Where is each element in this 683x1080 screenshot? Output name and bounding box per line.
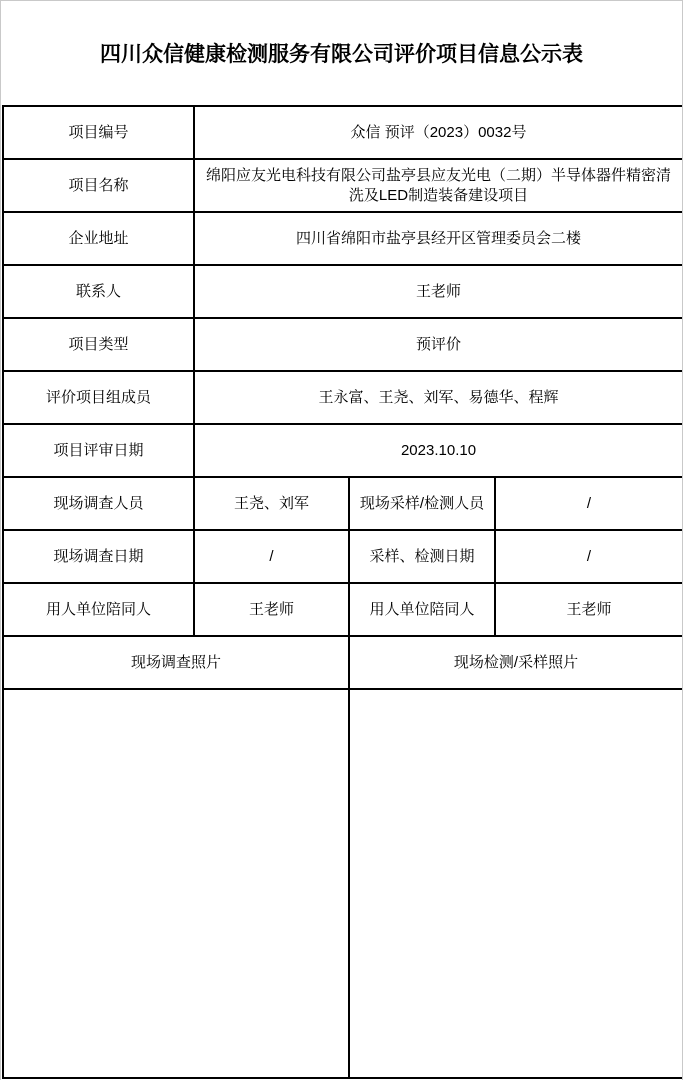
survey-photos-header: 现场调查照片 <box>3 636 349 689</box>
table-row <box>3 689 683 1078</box>
review-date-label: 项目评审日期 <box>3 424 194 477</box>
employer-escort-1-label: 用人单位陪同人 <box>3 583 194 636</box>
evaluation-team-value: 王永富、王尧、刘军、易德华、程辉 <box>194 371 683 424</box>
evaluation-team-label: 评价项目组成员 <box>3 371 194 424</box>
project-number-label: 项目编号 <box>3 106 194 159</box>
project-info-table: 项目编号 众信 预评（2023）0032号 项目名称 绵阳应友光电科技有限公司盐… <box>2 105 683 1079</box>
table-row: 企业地址 四川省绵阳市盐亭县经开区管理委员会二楼 <box>3 212 683 265</box>
table-row: 项目类型 预评价 <box>3 318 683 371</box>
employer-escort-2-label: 用人单位陪同人 <box>349 583 495 636</box>
employer-escort-1-value: 王老师 <box>194 583 349 636</box>
table-row: 项目编号 众信 预评（2023）0032号 <box>3 106 683 159</box>
contact-person-value: 王老师 <box>194 265 683 318</box>
table-row: 项目名称 绵阳应友光电科技有限公司盐亭县应友光电（二期）半导体器件精密清洗及LE… <box>3 159 683 212</box>
site-survey-personnel-value: 王尧、刘军 <box>194 477 349 530</box>
project-type-value: 预评价 <box>194 318 683 371</box>
table-row: 评价项目组成员 王永富、王尧、刘军、易德华、程辉 <box>3 371 683 424</box>
table-row: 用人单位陪同人 王老师 用人单位陪同人 王老师 <box>3 583 683 636</box>
contact-person-label: 联系人 <box>3 265 194 318</box>
site-survey-date-label: 现场调查日期 <box>3 530 194 583</box>
company-address-value: 四川省绵阳市盐亭县经开区管理委员会二楼 <box>194 212 683 265</box>
employer-escort-2-value: 王老师 <box>495 583 683 636</box>
review-date-value: 2023.10.10 <box>194 424 683 477</box>
table-row: 现场调查日期 / 采样、检测日期 / <box>3 530 683 583</box>
sampling-photos-area <box>349 689 683 1078</box>
company-address-label: 企业地址 <box>3 212 194 265</box>
sampling-personnel-label: 现场采样/检测人员 <box>349 477 495 530</box>
site-survey-date-value: / <box>194 530 349 583</box>
site-survey-personnel-label: 现场调查人员 <box>3 477 194 530</box>
project-name-value: 绵阳应友光电科技有限公司盐亭县应友光电（二期）半导体器件精密清洗及LED制造装备… <box>194 159 683 212</box>
page-title: 四川众信健康检测服务有限公司评价项目信息公示表 <box>1 1 682 105</box>
table-row: 现场调查照片 现场检测/采样照片 <box>3 636 683 689</box>
project-type-label: 项目类型 <box>3 318 194 371</box>
project-number-value: 众信 预评（2023）0032号 <box>194 106 683 159</box>
table-row: 项目评审日期 2023.10.10 <box>3 424 683 477</box>
table-row: 联系人 王老师 <box>3 265 683 318</box>
sampling-date-value: / <box>495 530 683 583</box>
sampling-date-label: 采样、检测日期 <box>349 530 495 583</box>
project-name-label: 项目名称 <box>3 159 194 212</box>
table-row: 现场调查人员 王尧、刘军 现场采样/检测人员 / <box>3 477 683 530</box>
sampling-personnel-value: / <box>495 477 683 530</box>
sampling-photos-header: 现场检测/采样照片 <box>349 636 683 689</box>
survey-photos-area <box>3 689 349 1078</box>
